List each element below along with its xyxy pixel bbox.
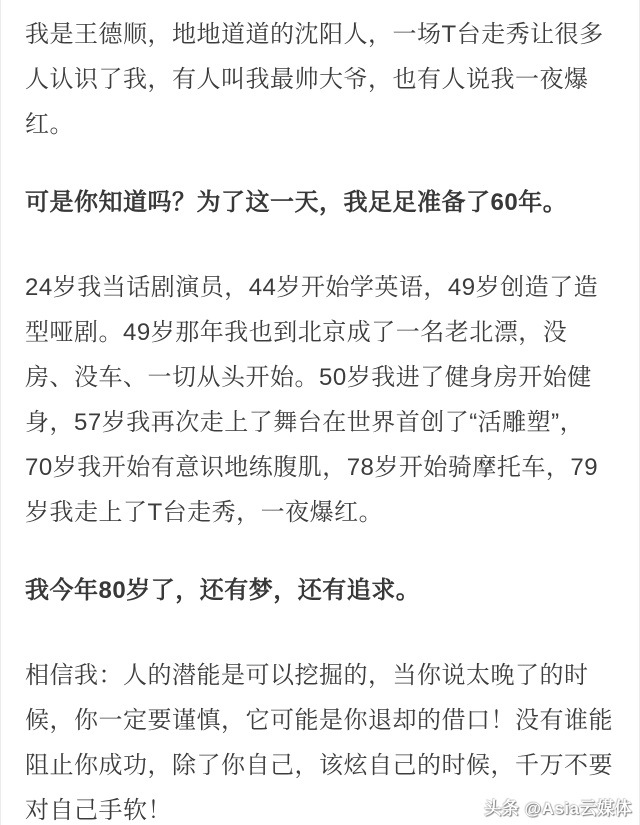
paragraph-intro: 我是王德顺，地地道道的沈阳人，一场T台走秀让很多 人认识了我，有人叫我最帅大爷，…	[25, 12, 616, 147]
toutiao-watermark: 头条 @Asia云媒体	[484, 794, 632, 819]
paragraph-life-timeline: 24岁我当话剧演员，44岁开始学英语，49岁创造了造 型哑剧。49岁那年我也到北…	[25, 265, 616, 535]
paragraph-emphasis-80-years-old: 我今年80岁了，还有梦，还有追求。	[25, 568, 616, 613]
article-page: 我是王德顺，地地道道的沈阳人，一场T台走秀让很多 人认识了我，有人叫我最帅大爷，…	[0, 0, 640, 825]
paragraph-emphasis-60-years: 可是你知道吗？为了这一天，我足足准备了60年。	[25, 180, 616, 225]
